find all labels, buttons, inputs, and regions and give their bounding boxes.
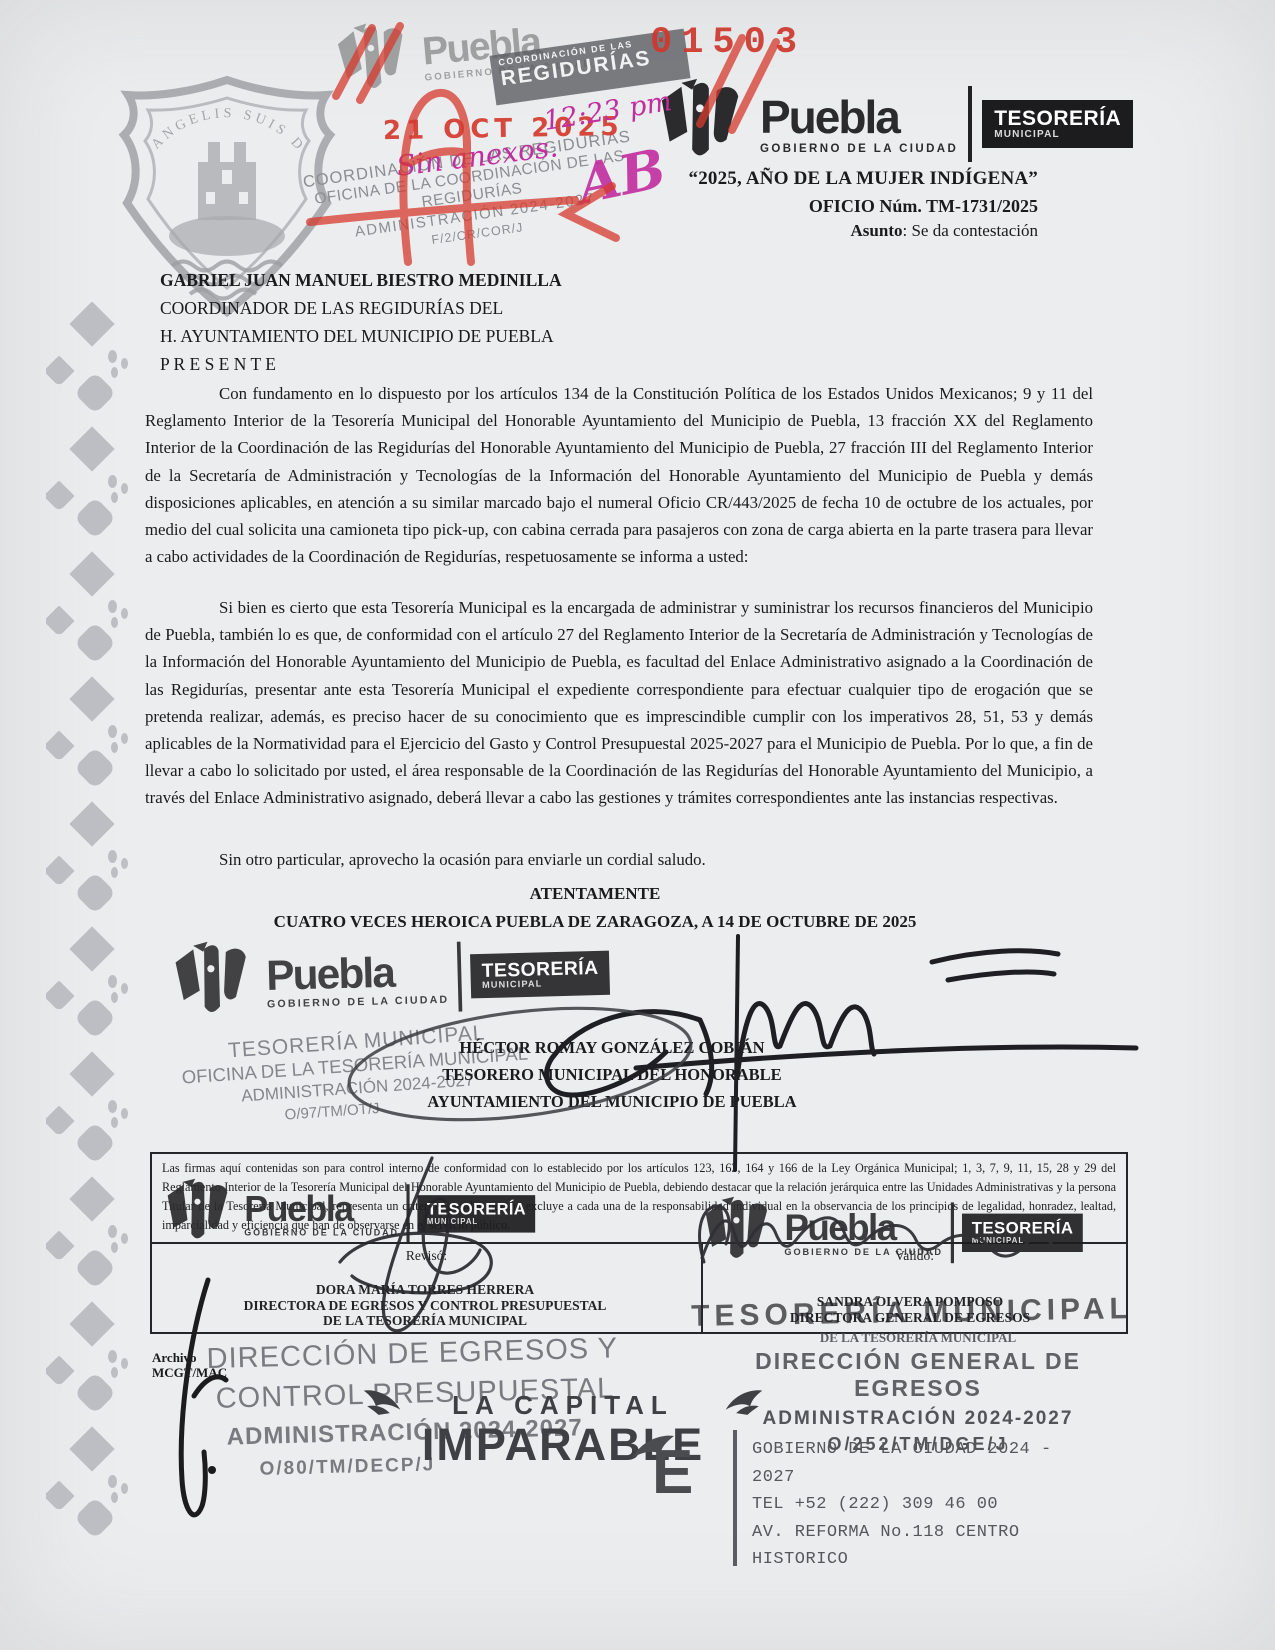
recipient-line: COORDINADOR DE LAS REGIDURÍAS DEL <box>160 294 562 322</box>
margin-pattern-motif <box>46 1302 142 1427</box>
contact-line: GOBIERNO DE LA CIUDAD 2024 - <box>752 1436 1052 1464</box>
archivo-line: MCGT/MAC <box>152 1365 227 1380</box>
wing-icon <box>724 1386 764 1416</box>
signer-title: TESORERO MUNICIPAL DEL HONORABLE <box>352 1061 872 1088</box>
tesoreria-badge: TESORERÍA MUNICIPAL <box>418 1195 536 1233</box>
diamond-shape <box>69 1426 114 1471</box>
leaf-dots-shape <box>108 850 117 863</box>
puebla-tesoreria-logo: Puebla GOBIERNO DE LA CIUDAD TESORERÍA M… <box>652 78 1133 170</box>
folio-number-stamp: 01503 <box>650 22 806 64</box>
contact-line: TEL +52 (222) 309 46 00 <box>752 1491 1052 1519</box>
reviso-label: Revisó: <box>406 1248 447 1263</box>
badge-line1: TESORERÍA <box>994 108 1121 130</box>
capital-line1: LA CAPITAL <box>408 1390 718 1421</box>
archivo-line: Archivo <box>152 1350 227 1365</box>
signer-block: HÉCTOR ROMAY GONZÁLEZ COBIÁN TESORERO MU… <box>352 1034 872 1115</box>
recipient-name: GABRIEL JUAN MANUEL BIESTRO MEDINILLA <box>160 266 562 294</box>
contact-block: GOBIERNO DE LA CIUDAD 2024 - 2027 TEL +5… <box>752 1436 1052 1574</box>
diamond-shape <box>69 1176 114 1221</box>
clover-shape <box>74 997 116 1039</box>
imparable-emblem-icon: E <box>652 1442 693 1504</box>
recipient-block: GABRIEL JUAN MANUEL BIESTRO MEDINILLA CO… <box>160 266 562 378</box>
half-diamond-shape <box>46 1480 75 1511</box>
recipient-presente: P R E S E N T E <box>160 350 562 378</box>
body-paragraph-1: Con fundamento en lo dispuesto por los a… <box>145 380 1093 570</box>
clover-shape <box>74 497 116 539</box>
clover-shape <box>74 872 116 914</box>
half-diamond-shape <box>46 730 75 761</box>
margin-pattern-motif <box>46 927 142 1052</box>
margin-pattern-motif <box>46 1177 142 1302</box>
asunto-label: Asunto <box>851 221 903 240</box>
valediction-block: ATENTAMENTE CUATRO VECES HEROICA PUEBLA … <box>145 884 1045 932</box>
reviso-title: DE LA TESORERÍA MUNICIPAL <box>170 1313 680 1329</box>
archivo-note: Archivo MCGT/MAC <box>152 1350 227 1380</box>
atentamente-line: ATENTAMENTE <box>145 884 1045 904</box>
recipient-line: H. AYUNTAMIENTO DEL MUNICIPIO DE PUEBLA <box>160 322 562 350</box>
leaf-dots-shape <box>108 725 117 738</box>
leaf-dots-shape <box>108 600 117 613</box>
clover-shape <box>74 1122 116 1164</box>
leaf-dots-shape <box>108 350 117 363</box>
clover-shape <box>74 372 116 414</box>
puebla-tagline: GOBIERNO DE LA CIUDAD <box>784 1248 943 1258</box>
half-diamond-shape <box>46 355 75 386</box>
closing-line: Sin otro particular, aprovecho la ocasió… <box>145 850 1093 870</box>
diamond-shape <box>69 926 114 971</box>
reviso-signer-block: DORA MARÍA TORRES HERRERA DIRECTORA DE E… <box>170 1282 680 1329</box>
half-diamond-shape <box>46 605 75 636</box>
contact-line: AV. REFORMA No.118 CENTRO <box>752 1519 1052 1547</box>
puebla-wordmark: Puebla <box>760 94 958 140</box>
margin-pattern-motif <box>46 1427 142 1550</box>
badge-line2: MUNICIPAL <box>427 1218 526 1226</box>
diamond-shape <box>69 302 114 347</box>
reviso-title: DIRECTORA DE EGRESOS Y CONTROL PRESUPUES… <box>170 1298 680 1314</box>
tesoreria-badge: TESORERÍA MUNICIPAL <box>962 1213 1083 1252</box>
year-legend: “2025, AÑO DE LA MUJER INDÍGENA” <box>478 168 1038 190</box>
margin-pattern-motif <box>46 427 142 552</box>
badge-line1: TESORERÍA <box>972 1220 1074 1238</box>
tesoreria-badge: TESORERÍA MUNICIPAL <box>470 950 610 998</box>
contact-line: 2027 <box>752 1464 1052 1492</box>
clover-shape <box>74 747 116 789</box>
puebla-tagline: GOBIERNO DE LA CIUDAD <box>244 1228 399 1237</box>
diamond-shape <box>69 801 114 846</box>
half-diamond-shape <box>46 480 75 511</box>
half-diamond-shape <box>46 1355 75 1386</box>
badge-line2: MUNICIPAL <box>994 130 1121 141</box>
clover-shape <box>74 1247 116 1289</box>
clover-shape <box>74 1497 116 1539</box>
puebla-wordmark: Puebla <box>244 1190 399 1226</box>
diamond-shape <box>69 426 114 471</box>
puebla-talavera-icon <box>166 940 258 1027</box>
leaf-dots-shape <box>108 975 117 988</box>
puebla-talavera-icon <box>698 1196 776 1270</box>
body-paragraph-2: Si bien es cierto que esta Tesorería Mun… <box>145 594 1093 812</box>
margin-pattern-motif <box>46 677 142 802</box>
logo-divider <box>968 86 972 162</box>
leaf-dots-shape <box>108 1350 117 1363</box>
reviso-logo-stamp: Puebla GOBIERNO DE LA CIUDAD TESORERÍA M… <box>160 1178 535 1250</box>
puebla-talavera-icon <box>328 19 418 104</box>
leaf-dots-shape <box>108 1225 117 1238</box>
puebla-wordmark: Puebla <box>784 1208 943 1245</box>
diamond-shape <box>69 1301 114 1346</box>
badge-line1: TESORERÍA <box>481 958 598 981</box>
asunto-value: : Se da contestación <box>903 221 1039 240</box>
stamp-line: ADMINISTRACIÓN 2024-2027 <box>698 1408 1138 1430</box>
half-diamond-shape <box>46 855 75 886</box>
stamp-line: DIRECCIÓN GENERAL DE EGRESOS <box>698 1348 1138 1402</box>
puebla-wordmark: Puebla <box>266 949 449 996</box>
contact-divider-bar <box>733 1430 737 1566</box>
diamond-shape <box>69 551 114 596</box>
logo-divider <box>457 942 463 1012</box>
leaf-dots-shape <box>108 475 117 488</box>
margin-pattern-motif <box>46 1052 142 1177</box>
place-date-line: CUATRO VECES HEROICA PUEBLA DE ZARAGOZA,… <box>145 912 1045 932</box>
logo-divider <box>407 1184 410 1243</box>
contact-line: HISTORICO <box>752 1546 1052 1574</box>
wing-icon <box>630 1432 676 1464</box>
asunto-line: Asunto: Se da contestación <box>478 221 1038 241</box>
margin-pattern-motif <box>46 802 142 927</box>
half-diamond-shape <box>46 980 75 1011</box>
stamp-line: DIRECCIÓN DE EGRESOS Y <box>206 1329 757 1376</box>
puebla-talavera-icon <box>160 1178 236 1250</box>
logo-divider <box>951 1202 954 1263</box>
tesoreria-signature-stamp-logo: Puebla GOBIERNO DE LA CIUDAD TESORERÍA M… <box>166 930 611 1026</box>
margin-pattern-motif <box>46 552 142 677</box>
margin-textile-pattern <box>46 302 142 1550</box>
reviso-name: DORA MARÍA TORRES HERRERA <box>170 1282 680 1298</box>
diamond-shape <box>69 676 114 721</box>
oficio-number: OFICIO Núm. TM-1731/2025 <box>478 196 1038 217</box>
diamond-shape <box>69 1051 114 1096</box>
badge-line2: MUNICIPAL <box>482 978 599 991</box>
letterhead-reference-block: “2025, AÑO DE LA MUJER INDÍGENA” OFICIO … <box>478 168 1038 241</box>
leaf-dots-shape <box>108 1475 117 1488</box>
half-diamond-shape <box>46 1105 75 1136</box>
wing-icon <box>362 1386 402 1416</box>
badge-line1: TESORERÍA <box>427 1201 526 1218</box>
scanned-official-letter: ANGELIS SUIS DEUS Puebla GOBIERNO DE LA … <box>0 0 1275 1650</box>
puebla-tagline: GOBIERNO DE LA CIUDAD <box>760 143 958 155</box>
half-diamond-shape <box>46 1230 75 1261</box>
leaf-dots-shape <box>108 1100 117 1113</box>
clover-shape <box>74 622 116 664</box>
badge-line2: MUNICIPAL <box>972 1237 1074 1245</box>
tesoreria-badge: TESORERÍA MUNICIPAL <box>982 100 1133 149</box>
signer-title: AYUNTAMIENTO DEL MUNICIPIO DE PUEBLA <box>352 1088 872 1115</box>
signer-name: HÉCTOR ROMAY GONZÁLEZ COBIÁN <box>352 1034 872 1061</box>
valido-logo-stamp: Puebla GOBIERNO DE LA CIUDAD TESORERÍA M… <box>698 1196 1083 1270</box>
clover-shape <box>74 1372 116 1414</box>
